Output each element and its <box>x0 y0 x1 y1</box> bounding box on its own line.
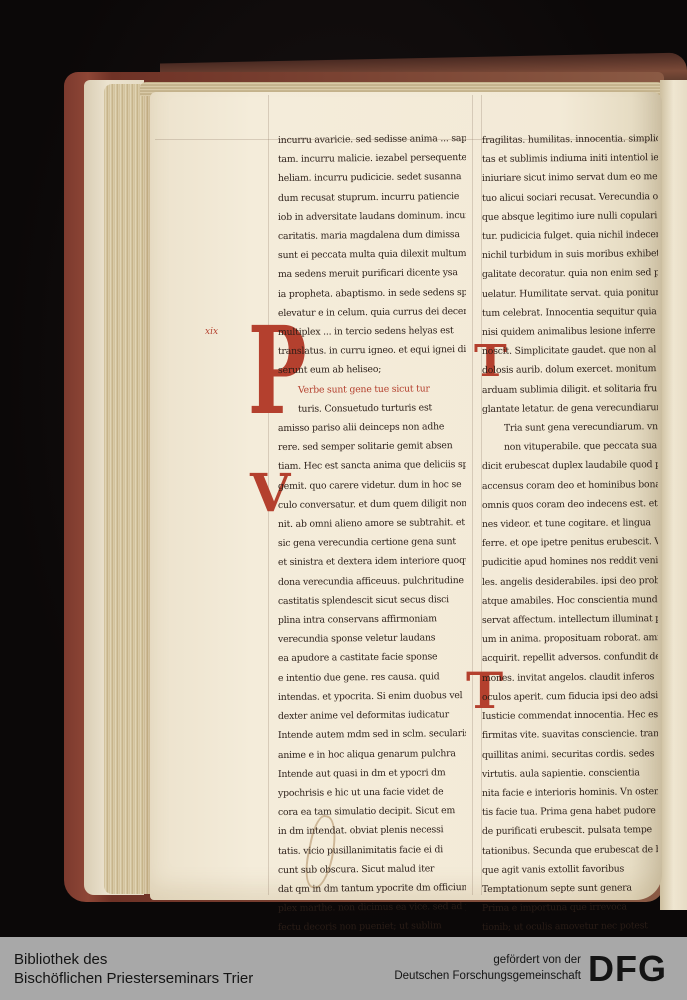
library-credit: Bibliothek des Bischöflichen Priestersem… <box>14 950 253 988</box>
text-line: rere. sed semper solitarie gemit absen <box>278 436 466 457</box>
text-line: cunt sub obscura. Sicut malud iter <box>278 859 466 880</box>
library-line-2: Bischöflichen Priesterseminars Trier <box>14 969 253 988</box>
text-line: tuo alicui sociari recusat. Verecundia o… <box>482 187 658 208</box>
text-line: translatus. in curru igneo. et equi igne… <box>278 340 466 361</box>
text-line: caritatis. maria magdalena dum dimissa <box>278 225 466 246</box>
text-line: ma sedens meruit purificari dicente ysa <box>278 263 466 284</box>
facing-page-edge <box>660 80 687 910</box>
text-line: uelatur. Humilitate servat. quia ponitur… <box>482 283 658 304</box>
text-line: arduam sublimia diligit. et solitaria fr… <box>482 379 658 400</box>
text-line: dona verecundia afficeuus. pulchritudine <box>278 571 466 592</box>
text-line: ferre. et ope ipetre penitus erubescit. … <box>482 532 658 553</box>
text-line: acquirit. repellit adversos. confundit d… <box>482 648 658 669</box>
text-line: Temptationum septe sunt genera <box>482 878 658 899</box>
text-line: castitatis splendescit sicut secus disci <box>278 590 466 611</box>
funding-credit: gefördert von der Deutschen Forschungsge… <box>394 952 581 984</box>
text-line: servat affectum. intellectum illuminat p… <box>482 609 658 630</box>
text-line: noscit. Simplicitate gaudet. que non al <box>482 340 658 361</box>
text-line: nita facie e interioris hominis. Vn oste… <box>482 782 658 803</box>
text-line: tum celebrat. Innocentia sequitur quia n… <box>482 302 658 323</box>
text-line: ypochrisis e hic ut una facie videt de <box>278 782 466 803</box>
text-line: tationibus. Secunda que erubescat de bon… <box>482 840 658 861</box>
text-line: culo conversatur. et dum quem diligit no… <box>278 494 466 515</box>
text-line: in dm intendat. obviat plenis necessi <box>278 820 466 841</box>
text-line: tur. pudicicia fulget. quia nichil indec… <box>482 225 658 246</box>
text-line: dolosis aurib. dolum exercet. monitum ab… <box>482 360 658 381</box>
text-line: tam. incurru malicie. iezabel persequent… <box>278 148 466 169</box>
text-line: heliam. incurru pudicicie. sedet susanna <box>278 167 466 188</box>
text-line: de purificati erubescit. pulsata tempe <box>482 820 658 841</box>
dfg-logo: DFG <box>588 948 667 990</box>
text-line: um in anima. proposituam roborat. amicos <box>482 628 658 649</box>
text-line: serunt eum ab heliseo; <box>278 359 466 380</box>
text-line: Prima e importuna que irrevoca <box>482 897 658 918</box>
text-line: tionib; ut oculis amovetur nec potest <box>482 916 658 937</box>
text-line: iniuriare sicut inimo servat dum eo me <box>482 168 658 189</box>
text-column-left: incurru avaricie. sed sedisse anima ... … <box>278 131 466 937</box>
text-line: e intentio due gene. res causa. quid <box>278 667 466 688</box>
text-line: turis. Consuetudo turturis est <box>278 398 466 419</box>
text-line: intendas. et ypocrita. Si enim duobus ve… <box>278 686 466 707</box>
text-line: accensus coram deo et hominibus bona pud… <box>482 475 658 496</box>
manuscript-scan: xix P V T T incurru avaricie. sed sediss… <box>0 0 687 937</box>
text-line: sic gena verecundia certione gena sunt <box>278 532 466 553</box>
marginal-chapter-number: xix <box>205 327 218 337</box>
text-line: nichil turbidum in suis moribus exhibet … <box>482 244 658 265</box>
text-line: ia propheta. abaptismo. in sede sedens s… <box>278 283 466 304</box>
text-line: omnis quos coram deo indecens est. et ta… <box>482 494 658 515</box>
text-line: atque amabiles. Hoc conscientia mundat <box>482 590 658 611</box>
text-line: Intende autem mdm sed in sclm. secularis <box>278 724 466 745</box>
ruling-line <box>472 95 473 895</box>
text-line: anime e in hoc aliqua genarum pulchra <box>278 744 466 765</box>
library-line-1: Bibliothek des <box>14 950 253 969</box>
text-line: plina intra conservans affirmoniam <box>278 609 466 630</box>
funding-line-1: gefördert von der <box>394 952 581 968</box>
text-line: Iusticie commendat innocentia. Hec est <box>482 705 658 726</box>
text-line: dexter anime vel deformitas iudicatur <box>278 705 466 726</box>
text-line: et sinistra et dextera idem interiore qu… <box>278 552 466 573</box>
text-line: tis facie tua. Prima gena habet pudore <box>482 801 658 822</box>
text-line: elevatur e in celum. quia currus dei dec… <box>278 302 466 323</box>
text-line: fectu decoris non pueniet; ut sublim <box>278 916 466 937</box>
text-line: sunt ei peccata multa quia dilexit multu… <box>278 244 466 265</box>
text-line: pudicitie apud homines nos reddit venib <box>482 552 658 573</box>
funding-line-2: Deutschen Forschungsgemeinschaft <box>394 968 581 984</box>
text-line: gemit. quo carere videtur. dum in hoc se <box>278 475 466 496</box>
text-line: quillitas animi. securitas cordis. sedes <box>482 744 658 765</box>
text-line: tatis. vicio pusillanimitatis facie ei d… <box>278 840 466 861</box>
text-line: nit. ab omni alieno amore se subtrahit. … <box>278 513 466 534</box>
text-line: dat qm in dm tantum ypocrite dm officium <box>278 878 466 899</box>
text-line: plex marthe. non dicimus ea vice. sed ad… <box>278 897 466 918</box>
text-line: multiplex ... in tercio sedens helyas es… <box>278 321 466 342</box>
text-line: iob in adversitate laudans dominum. incu… <box>278 206 466 227</box>
text-line: verecundia sponse veletur laudans <box>278 628 466 649</box>
page-stack-edges <box>104 84 156 894</box>
text-line: que agit vanis extollit favoribus <box>482 859 658 880</box>
text-line: dum recusat stuprum. incurru patiencie <box>278 187 466 208</box>
text-line: mones. invitat angelos. claudit inferos <box>482 667 658 688</box>
text-line: incurru avaricie. sed sedisse anima ... … <box>278 131 466 150</box>
text-line: Intende aut quasi in dm et ypocri dm <box>278 763 466 784</box>
text-line: virtutis. aula sapientie. conscientia <box>482 763 658 784</box>
text-line: glantate letatur. de gena verecundiarum <box>482 398 658 419</box>
text-line: nisi quidem animalibus lesione inferre c… <box>482 321 658 342</box>
text-line: fragilitas. humilitas. innocentia. simpl… <box>482 131 658 150</box>
text-line: ea apudore a castitate facie sponse <box>278 648 466 669</box>
text-column-right: fragilitas. humilitas. innocentia. simpl… <box>482 131 658 937</box>
text-line: Verbe sunt gene tue sicut tur <box>278 379 466 400</box>
text-line: que absque legitimo iure nulli copulari … <box>482 206 658 227</box>
text-line: nes videor. et tune cogitare. et lingua <box>482 513 658 534</box>
text-line: cora ea tam simulatio decipit. Sicut em <box>278 801 466 822</box>
text-line: non vituperabile. que peccata sua de <box>482 436 658 457</box>
text-line: amisso pariso alii deinceps non adhe <box>278 417 466 438</box>
text-line: Tria sunt gena verecundiarum. vna <box>482 417 658 438</box>
text-line: les. angelis desiderabiles. ipsi deo pro… <box>482 571 658 592</box>
text-line: tas et sublimis indiuma initi intentiol … <box>482 148 658 169</box>
text-line: oculos aperit. cum fiducia ipsi deo adsi… <box>482 686 658 707</box>
text-line: galitate decoratur. quia non enim sed pu… <box>482 264 658 285</box>
text-line: tiam. Hec est sancta anima que deliciis … <box>278 455 466 476</box>
text-line: firmitas vite. suavitas consciencie. tra… <box>482 724 658 745</box>
text-line: dicit erubescat duplex laudabile quod pe <box>482 456 658 477</box>
